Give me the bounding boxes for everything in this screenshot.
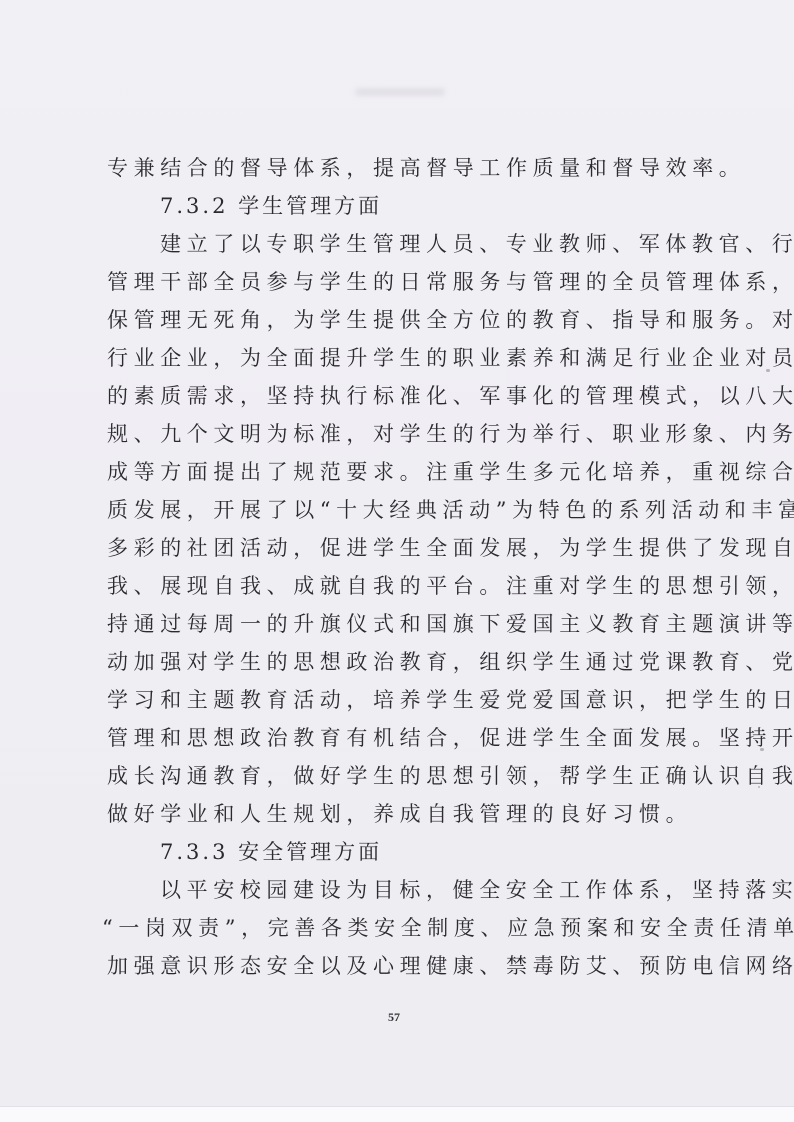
body-text-line: 加强意识形态安全以及心理健康、禁毒防艾、预防电信网络诈: [107, 952, 707, 980]
body-text-line: 学习和主题教育活动，培养学生爱党爱国意识，把学生的日常: [107, 686, 707, 714]
body-text-line: 管理和思想政治教育有机结合，促进学生全面发展。坚持开展: [107, 724, 707, 752]
paragraph-start-line: 以平安校园建设为目标，健全安全工作体系，坚持落实: [160, 876, 760, 904]
body-text-line: 保管理无死角，为学生提供全方位的教育、指导和服务。对标: [107, 306, 707, 334]
section-heading-7-3-3: 7.3.3 安全管理方面: [160, 838, 760, 866]
paragraph-start-line: 建立了以专职学生管理人员、专业教师、军体教官、行政: [160, 230, 760, 258]
body-text-line: 动加强对学生的思想政治教育，组织学生通过党课教育、党史: [107, 648, 707, 676]
body-text-line: 我、展现自我、成就自我的平台。注重对学生的思想引领，坚: [107, 572, 707, 600]
scan-artifact-mark: [760, 748, 764, 751]
scan-artifact-mark: [766, 369, 770, 372]
scanned-page: 专兼结合的督导体系，提高督导工作质量和督导效率。 7.3.2 学生管理方面 建立…: [0, 0, 794, 1106]
page-bottom-edge: [0, 1106, 794, 1122]
page-number: 57: [388, 1010, 400, 1025]
body-text-line: “一岗双责”，完善各类安全制度、应急预案和安全责任清单，: [102, 914, 702, 942]
body-text-line: 成长沟通教育，做好学生的思想引领，帮学生正确认识自我、: [107, 762, 707, 790]
body-text-line: 质发展，开展了以“十大经典活动”为特色的系列活动和丰富: [107, 496, 707, 524]
body-text-line: 成等方面提出了规范要求。注重学生多元化培养，重视综合素: [107, 458, 707, 486]
scan-artifact-mark: [758, 786, 760, 788]
body-text-line: 专兼结合的督导体系，提高督导工作质量和督导效率。: [107, 154, 707, 182]
faint-header-mark: [355, 88, 445, 96]
section-heading-7-3-2: 7.3.2 学生管理方面: [160, 192, 760, 220]
body-text-line: 做好学业和人生规划，养成自我管理的良好习惯。: [107, 800, 707, 828]
body-text-line: 的素质需求，坚持执行标准化、军事化的管理模式，以八大常: [107, 382, 707, 410]
body-text-line: 规、九个文明为标准，对学生的行为举行、职业形象、内务养: [107, 420, 707, 448]
body-text-line: 行业企业，为全面提升学生的职业素养和满足行业企业对员工: [107, 344, 707, 372]
body-text-line: 持通过每周一的升旗仪式和国旗下爱国主义教育主题演讲等活: [107, 610, 707, 638]
body-text-line: 多彩的社团活动，促进学生全面发展，为学生提供了发现自: [107, 534, 707, 562]
body-text-line: 管理干部全员参与学生的日常服务与管理的全员管理体系，确: [107, 268, 707, 296]
